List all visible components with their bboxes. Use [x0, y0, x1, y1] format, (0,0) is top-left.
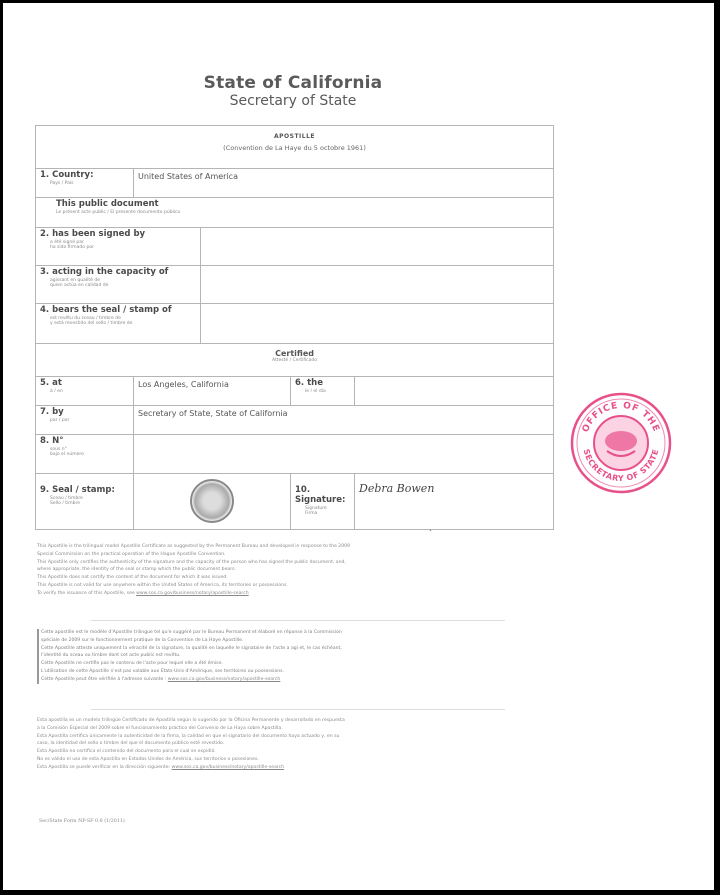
note-line: This Apostille does not certify the cont…: [37, 574, 537, 582]
row-number: 8. N° sous n° bajo el número: [36, 435, 554, 474]
signed-by-value: [205, 230, 549, 231]
note-line: Esta Apostilla certifica únicamente la a…: [37, 733, 537, 741]
certified-sublabel: Attesté / Certificado: [40, 358, 549, 363]
capacity-sublabel-es: quien actúa en calidad de: [40, 283, 196, 289]
by-value: Secretary of State, State of California: [138, 408, 549, 418]
by-label: 7. by: [40, 408, 129, 418]
apostille-document-page: State of California Secretary of State A…: [3, 3, 714, 890]
seal-of-sublabel-es: y está revestido del sello / timbre de: [40, 321, 196, 327]
note-line: Special Commission on the practical oper…: [37, 551, 537, 559]
note-text: Esta Apostilla se puede verificar en la …: [37, 765, 170, 770]
the-label: 6. the: [295, 379, 350, 389]
signed-by-label: 2. has been signed by: [40, 230, 196, 240]
row-public-document: This public document Le présent acte pub…: [36, 198, 554, 228]
signature-label: 10. Signature:: [295, 486, 350, 506]
note-line: Esta Apostilla no certifica el contenido…: [37, 748, 537, 756]
row-country: 1. Country: Pays / País United States of…: [36, 169, 554, 198]
by-sublabel: par / por: [40, 418, 129, 424]
document-title: State of California: [3, 73, 583, 93]
number-value: [138, 437, 549, 438]
note-line: Cette Apostille atteste uniquement la vé…: [41, 645, 537, 653]
country-value-cell: United States of America: [134, 169, 554, 198]
note-line: a la Comisión Especial del 2009 sobre el…: [37, 725, 537, 733]
note-line: Cette apostille est le modèle d'Apostill…: [41, 629, 537, 637]
note-line: caso, la identidad del sello o timbre de…: [37, 740, 537, 748]
verify-link-english[interactable]: www.sos.ca.gov/business/notary/apostille…: [136, 591, 249, 596]
divider: [91, 620, 505, 621]
apostille-table: APOSTILLE (Convention de La Haye du 5 oc…: [35, 125, 554, 530]
note-line: l'identité du sceau ou timbre dont cet a…: [41, 652, 537, 660]
row-certified: Certified Attesté / Certificado: [36, 344, 554, 377]
note-line: Esta apostilla es un modelo trilingüe Ce…: [37, 717, 537, 725]
note-line: No es válido el uso de esta Apostilla en…: [37, 756, 537, 764]
row-at-the: 5. at à / en Los Angeles, California 6. …: [36, 377, 554, 406]
row-seal-of: 4. bears the seal / stamp of est revêtu …: [36, 304, 554, 344]
seal-of-label: 4. bears the seal / stamp of: [40, 306, 196, 316]
note-line: This Apostille is not valid for use anyw…: [37, 582, 537, 590]
apostille-header: APOSTILLE (Convention de La Haye du 5 oc…: [36, 126, 554, 169]
verify-link-french[interactable]: www.sos.ca.gov/business/notary/apostille…: [168, 677, 281, 682]
divider: [91, 709, 505, 710]
note-line: Cette Apostille ne certifie pas le conte…: [41, 660, 537, 668]
note-line: To verify the issuance of this Apostille…: [37, 590, 537, 598]
capacity-value: [205, 268, 549, 269]
form-number: Sec/State Form NP-SF 0.8 (1/2011): [39, 819, 125, 824]
country-label-cell: 1. Country: Pays / País: [36, 169, 134, 198]
certified-label: Certified: [40, 349, 549, 358]
at-value: Los Angeles, California: [138, 379, 286, 389]
the-sublabel: le / el día: [295, 389, 350, 395]
seal-stamp-sublabel-es: Sello / timbre: [40, 501, 129, 507]
verify-link-spanish[interactable]: www.sos.ca.gov/business/notary/apostille…: [172, 765, 285, 770]
apostille-heading: APOSTILLE: [40, 133, 549, 140]
row-signed-by: 2. has been signed by a été signé par ha…: [36, 228, 554, 266]
country-label: 1. Country:: [40, 171, 129, 181]
note-line: Esta Apostilla se puede verificar en la …: [37, 764, 537, 772]
note-line: where appropriate, the identity of the s…: [37, 566, 537, 574]
public-document-sublabel: Le présent acte public / El presente doc…: [56, 210, 549, 216]
country-value: United States of America: [138, 171, 549, 181]
document-subtitle: Secretary of State: [3, 93, 583, 109]
signature-value: Debra Bowen: [359, 476, 549, 495]
seal-of-value: [205, 306, 549, 307]
notes-french: Cette apostille est le modèle d'Apostill…: [37, 629, 537, 684]
notes-english: This Apostille is the trilingual model A…: [37, 543, 537, 598]
row-by: 7. by par / por Secretary of State, Stat…: [36, 406, 554, 435]
secretary-of-state-stamp-icon: OFFICE OF THE SECRETARY OF STATE: [569, 391, 673, 495]
at-sublabel: à / en: [40, 389, 129, 395]
note-line: Cette Apostille peut être vérifiée à l'a…: [41, 676, 537, 684]
capacity-label: 3. acting in the capacity of: [40, 268, 196, 278]
signed-by-sublabel-es: ha sido firmado por: [40, 245, 196, 251]
country-sublabel: Pays / País: [40, 181, 129, 187]
note-line: spéciale de 2009 sur le fonctionnement p…: [41, 637, 537, 645]
note-text: Cette Apostille peut être vérifiée à l'a…: [41, 677, 166, 682]
public-document-label: This public document: [56, 200, 549, 210]
small-mark: •: [429, 528, 432, 534]
row-capacity: 3. acting in the capacity of agissant en…: [36, 266, 554, 304]
note-text: To verify the issuance of this Apostille…: [37, 591, 135, 596]
number-sublabel-es: bajo el número: [40, 452, 129, 458]
number-label: 8. N°: [40, 437, 129, 447]
at-label: 5. at: [40, 379, 129, 389]
note-line: L'utilisation de cette Apostille n'est p…: [41, 668, 537, 676]
convention-text: (Convention de La Haye du 5 octobre 1961…: [40, 144, 549, 152]
state-seal-icon: [190, 479, 234, 523]
note-line: This Apostille only certifies the authen…: [37, 559, 537, 567]
seal-stamp-label: 9. Seal / stamp:: [40, 486, 129, 496]
row-seal-signature: 9. Seal / stamp: Sceau / timbre Sello / …: [36, 474, 554, 530]
signature-sublabel-es: Firma: [295, 511, 350, 517]
the-value: [359, 379, 549, 380]
notes-spanish: Esta apostilla es un modelo trilingüe Ce…: [37, 717, 537, 772]
note-line: This Apostille is the trilingual model A…: [37, 543, 537, 551]
